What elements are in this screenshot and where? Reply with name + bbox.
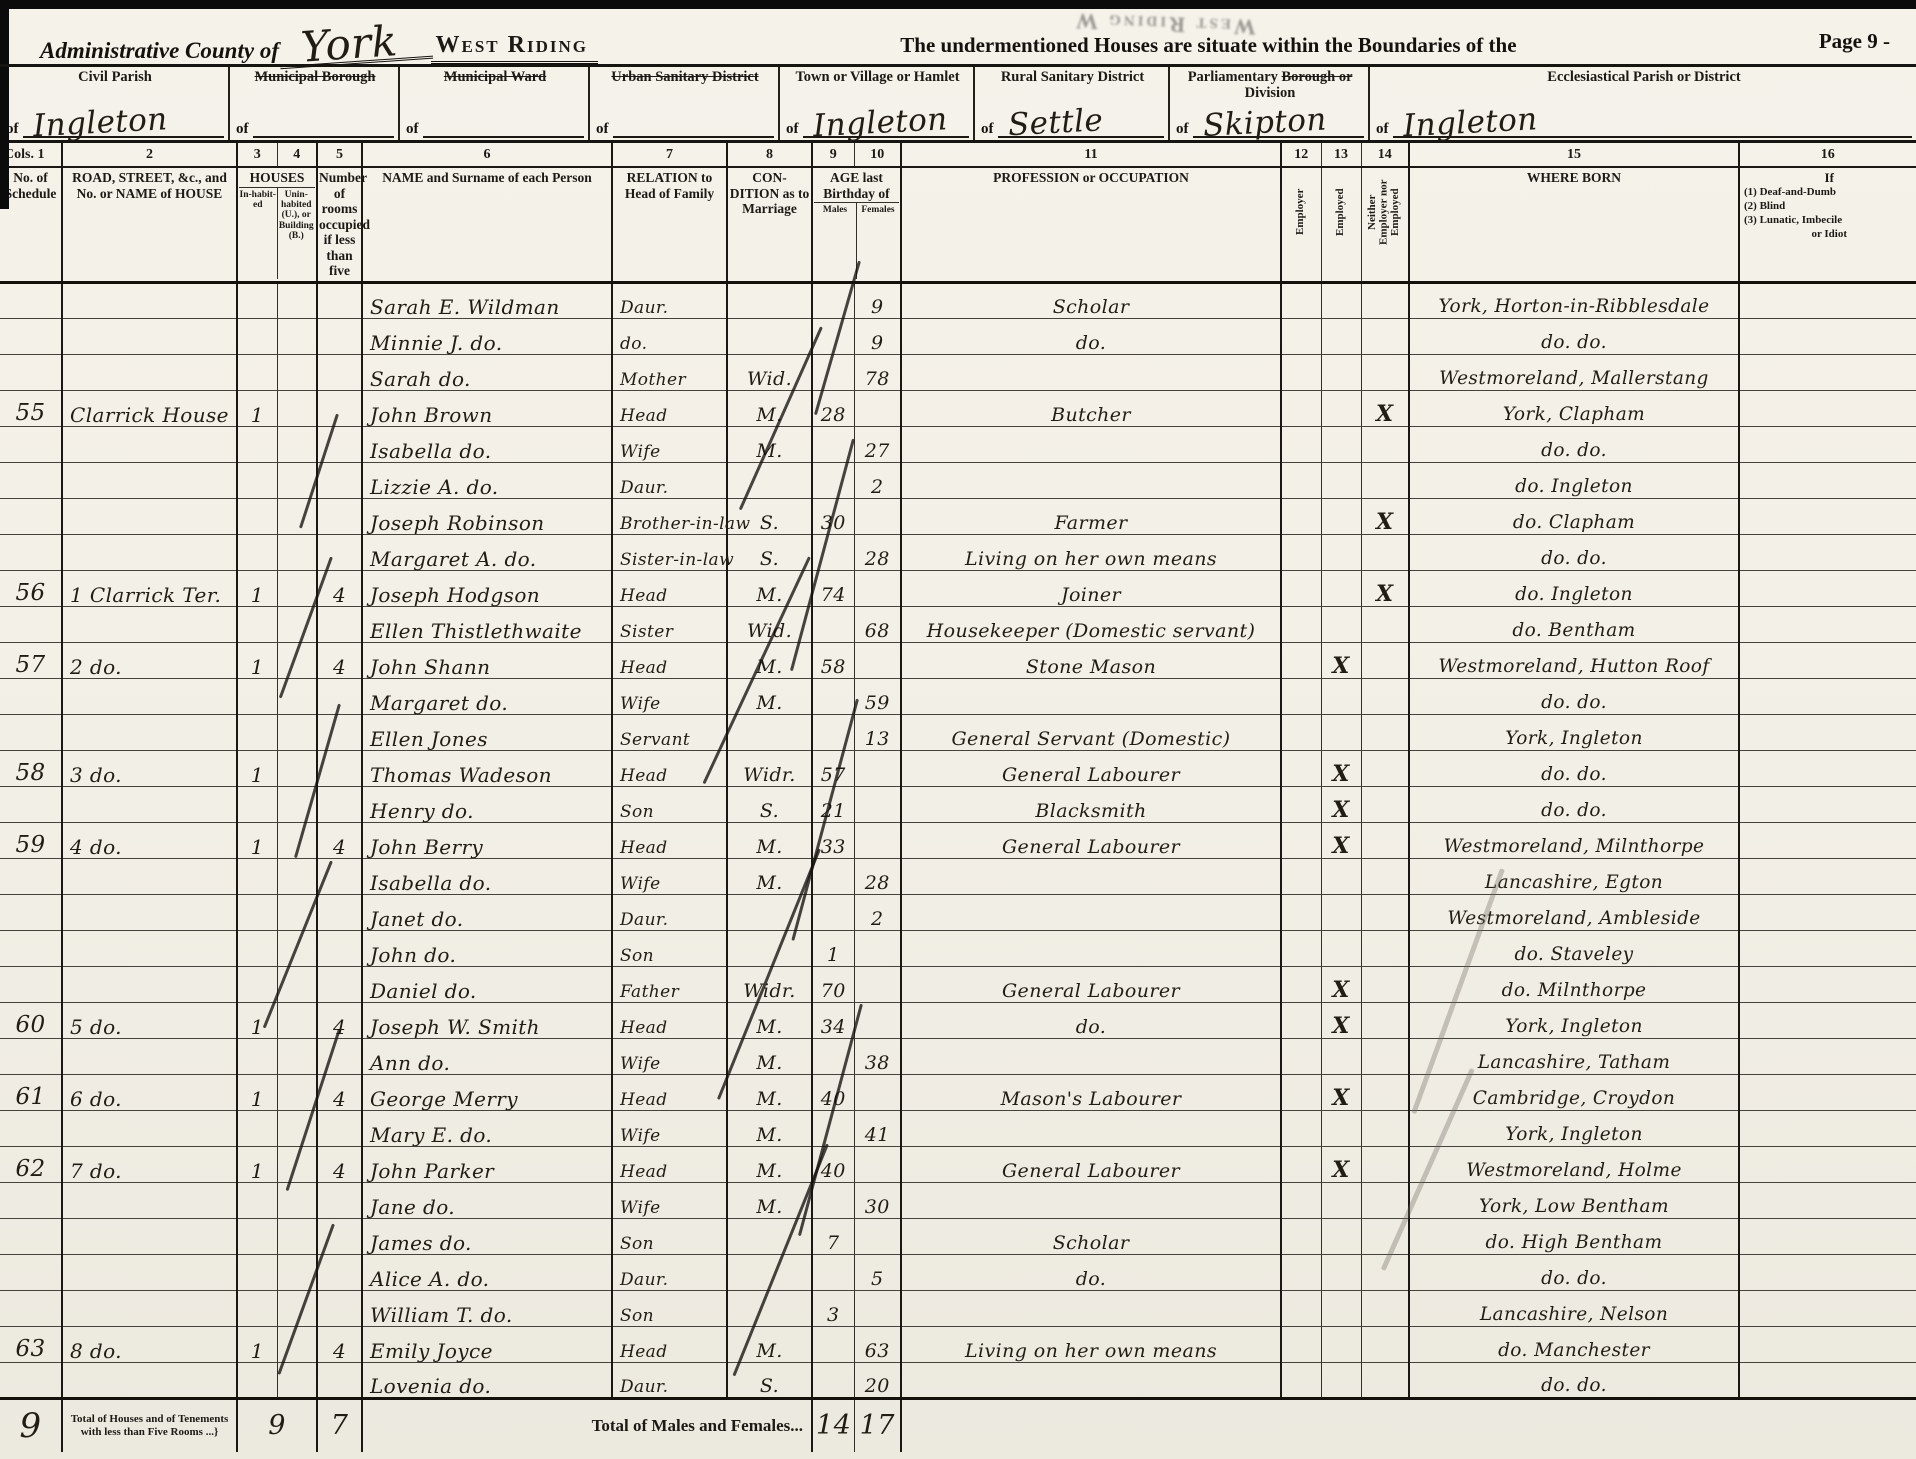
cell-uninhabited [277,534,317,570]
cell-rooms [317,534,362,570]
district-label: Town or Village or Hamlet [786,70,969,102]
cell-neither-mark [1361,858,1409,894]
cell-age-male [812,1326,854,1362]
cell-neither-mark [1361,750,1409,786]
of-rule: Ingleton [23,102,225,138]
header-uninhabited: Unin-habited (U.), or Building (B.) [278,188,316,279]
cell-inhabited [237,462,277,498]
cell-rooms: 4 [317,1074,362,1110]
of-rule [253,102,395,138]
cell-employer-mark [1281,858,1321,894]
cell-name: Henry do. [362,786,612,822]
cell-occupation: do. [901,318,1281,354]
cell-name: Ann do. [362,1038,612,1074]
cell-age-male [812,894,854,930]
cell-occupation: Butcher [901,390,1281,426]
cell-inhabited: 1 [237,1326,277,1362]
cell-name: Alice A. do. [362,1254,612,1290]
cell-uninhabited [277,570,317,606]
cell-relation: Head [612,1002,727,1038]
cell-age-female: 63 [854,1326,901,1362]
cell-uninhabited [277,1254,317,1290]
cell-where-born: York, Ingleton [1409,714,1739,750]
table-row: John do. Son 1 do. Staveley [0,930,1916,966]
cell-where-born: York, Low Bentham [1409,1182,1739,1218]
cell-uninhabited [277,1074,317,1110]
cell-rooms [317,390,362,426]
cell-occupation: General Labourer [901,822,1281,858]
cell-neither-mark: X [1361,498,1409,534]
cell-rooms: 4 [317,1146,362,1182]
cell-rooms [317,1362,362,1398]
table-row: Margaret A. do. Sister-in-law S. 28 Livi… [0,534,1916,570]
district-label: Rural Sanitary District [981,70,1164,102]
cell-uninhabited [277,750,317,786]
cell-inhabited: 1 [237,750,277,786]
cell-inhabited [237,1182,277,1218]
cell-infirmity [1739,318,1916,354]
cell-rooms [317,354,362,390]
cell-schedule [0,1362,62,1398]
cell-address [62,714,237,750]
cell-schedule: 55 [0,390,62,426]
col-num-10: 10 [854,143,901,167]
cell-age-female: 59 [854,678,901,714]
cell-employed-mark [1321,714,1361,750]
header-road: ROAD, STREET, &c., and No. or NAME of HO… [62,167,237,282]
cell-occupation [901,678,1281,714]
cell-infirmity [1739,822,1916,858]
table-row: 55 Clarrick House 1 John Brown Head M. 2… [0,390,1916,426]
table-row: Sarah E. Wildman Daur. 9 Scholar York, H… [0,282,1916,318]
cell-uninhabited [277,426,317,462]
cell-neither-mark [1361,354,1409,390]
cell-employed-mark [1321,570,1361,606]
cell-address [62,462,237,498]
cell-schedule [0,1218,62,1254]
cell-infirmity [1739,750,1916,786]
west-riding-stamp: West Riding [431,32,597,64]
cell-condition [727,282,812,318]
cell-uninhabited [277,822,317,858]
cell-employed-mark [1321,1218,1361,1254]
cell-name: Margaret A. do. [362,534,612,570]
cell-uninhabited [277,1290,317,1326]
cell-where-born: do. do. [1409,534,1739,570]
cell-uninhabited [277,390,317,426]
cell-name: George Merry [362,1074,612,1110]
census-rows: Sarah E. Wildman Daur. 9 Scholar York, H… [0,282,1916,1398]
cell-address [62,966,237,1002]
cell-relation: Head [612,1074,727,1110]
totals-empty [901,1398,1916,1452]
cell-condition: M. [727,642,812,678]
cell-condition: M. [727,1182,812,1218]
cell-employed-mark: X [1321,1002,1361,1038]
cell-rooms [317,426,362,462]
cell-uninhabited [277,786,317,822]
cell-relation: Head [612,822,727,858]
table-row: James do. Son 7 Scholar do. High Bentham [0,1218,1916,1254]
cell-neither-mark [1361,318,1409,354]
cell-name: Isabella do. [362,858,612,894]
cell-name: William T. do. [362,1290,612,1326]
cell-name: James do. [362,1218,612,1254]
cell-condition: S. [727,786,812,822]
cell-employed-mark [1321,894,1361,930]
cell-age-male [812,462,854,498]
total-males-females-label: Total of Males and Females... [362,1398,812,1452]
cell-infirmity [1739,1218,1916,1254]
cell-where-born: do. Ingleton [1409,570,1739,606]
cell-employer-mark [1281,1002,1321,1038]
cell-neither-mark [1361,822,1409,858]
cell-occupation [901,894,1281,930]
cell-neither-mark [1361,1110,1409,1146]
cell-relation: Daur. [612,462,727,498]
cell-schedule [0,1182,62,1218]
cell-age-female: 9 [854,318,901,354]
total-rooms-value: 7 [317,1398,362,1452]
cell-schedule: 62 [0,1146,62,1182]
cell-age-female: 20 [854,1362,901,1398]
district-label: Urban Sanitary District [596,70,774,102]
cell-rooms [317,1182,362,1218]
cell-occupation: do. [901,1254,1281,1290]
cell-occupation [901,1110,1281,1146]
cell-employed-mark [1321,606,1361,642]
cell-employer-mark [1281,894,1321,930]
cell-employed-mark: X [1321,1146,1361,1182]
cell-rooms [317,966,362,1002]
district-value: Ingleton [1392,106,1538,140]
cell-uninhabited [277,1362,317,1398]
cell-schedule [0,534,62,570]
cell-where-born: York, Ingleton [1409,1002,1739,1038]
cell-inhabited [237,354,277,390]
cell-inhabited [237,282,277,318]
cell-uninhabited [277,1182,317,1218]
cell-uninhabited [277,1146,317,1182]
cell-infirmity [1739,390,1916,426]
cell-rooms [317,1290,362,1326]
cell-condition: M. [727,678,812,714]
cell-employed-mark: X [1321,966,1361,1002]
header-houses: HOUSES In-habit-ed Unin-habited (U.), or… [237,167,317,282]
header-infirmity: If (1) Deaf-and-Dumb (2) Blind (3) Lunat… [1739,167,1916,282]
cell-relation: Wife [612,1182,727,1218]
cell-uninhabited [277,606,317,642]
table-row: Daniel do. Father Widr. 70 General Labou… [0,966,1916,1002]
cell-condition: M. [727,426,812,462]
cell-condition: M. [727,822,812,858]
cell-age-male: 21 [812,786,854,822]
cell-rooms [317,930,362,966]
cell-relation: Wife [612,426,727,462]
cell-inhabited [237,426,277,462]
cell-condition [727,318,812,354]
cell-employer-mark [1281,678,1321,714]
cell-infirmity [1739,1290,1916,1326]
cell-relation: Son [612,1218,727,1254]
cell-address [62,1362,237,1398]
county-header: Administrative County of York West Ridin… [0,9,1916,67]
table-row: Sarah do. Mother Wid. 78 Westmoreland, M… [0,354,1916,390]
total-houses-value: 9 [237,1398,317,1452]
cell-relation: Daur. [612,282,727,318]
cell-age-male: 3 [812,1290,854,1326]
cell-rooms [317,1254,362,1290]
cell-name: Emily Joyce [362,1326,612,1362]
cell-age-male [812,714,854,750]
cell-age-female [854,822,901,858]
table-row: Isabella do. Wife M. 28 Lancashire, Egto… [0,858,1916,894]
cell-uninhabited [277,1218,317,1254]
cell-schedule: 58 [0,750,62,786]
cell-employer-mark [1281,714,1321,750]
cell-schedule [0,858,62,894]
cell-age-male [812,426,854,462]
of-rule [423,102,585,138]
header-where-born: WHERE BORN [1409,167,1739,282]
cell-occupation [901,1290,1281,1326]
cell-neither-mark [1361,1326,1409,1362]
cell-neither-mark [1361,1290,1409,1326]
cell-relation: Sister-in-law [612,534,727,570]
cell-where-born: do. Clapham [1409,498,1739,534]
cell-employed-mark: X [1321,822,1361,858]
cell-infirmity [1739,1002,1916,1038]
cell-neither-mark [1361,678,1409,714]
cell-age-female [854,390,901,426]
cell-employed-mark [1321,930,1361,966]
total-females-value: 17 [854,1398,901,1452]
cell-schedule [0,606,62,642]
cell-relation: Daur. [612,894,727,930]
cell-employer-mark [1281,1182,1321,1218]
table-row: Ellen Jones Servant 13 General Servant (… [0,714,1916,750]
cell-employed-mark [1321,534,1361,570]
cell-inhabited: 1 [237,1002,277,1038]
cell-age-male: 70 [812,966,854,1002]
cell-infirmity [1739,1326,1916,1362]
cell-condition: Widr. [727,750,812,786]
cell-schedule: 57 [0,642,62,678]
table-row: Margaret do. Wife M. 59 do. do. [0,678,1916,714]
table-row: Isabella do. Wife M. 27 do. do. [0,426,1916,462]
cell-where-born: do. do. [1409,786,1739,822]
cell-address [62,1110,237,1146]
cell-condition: S. [727,534,812,570]
cell-infirmity [1739,1038,1916,1074]
cell-where-born: do. do. [1409,1362,1739,1398]
cell-neither-mark [1361,930,1409,966]
cell-inhabited [237,1038,277,1074]
cell-relation: Brother-in-law [612,498,727,534]
cell-schedule: 56 [0,570,62,606]
cell-employed-mark [1321,1038,1361,1074]
district-label: Municipal Ward [406,70,584,102]
table-row: William T. do. Son 3 Lancashire, Nelson [0,1290,1916,1326]
header-males: Males [814,203,857,279]
col-num-16: 16 [1739,143,1916,167]
cell-relation: Head [612,750,727,786]
cell-where-born: do. do. [1409,318,1739,354]
cell-address [62,1182,237,1218]
cell-rooms [317,1038,362,1074]
of-label: of [406,121,423,138]
cell-employer-mark [1281,966,1321,1002]
col-num-9: 9 [812,143,854,167]
cell-relation: Wife [612,1038,727,1074]
cell-infirmity [1739,498,1916,534]
cell-name: Janet do. [362,894,612,930]
cell-age-male [812,1254,854,1290]
cell-relation: Sister [612,606,727,642]
cell-uninhabited [277,498,317,534]
cell-name: Ellen Jones [362,714,612,750]
cell-age-male: 28 [812,390,854,426]
cell-neither-mark [1361,606,1409,642]
cell-age-female [854,1146,901,1182]
cell-uninhabited [277,930,317,966]
cell-condition [727,1218,812,1254]
cell-age-female: 68 [854,606,901,642]
cell-where-born: do. Staveley [1409,930,1739,966]
cell-rooms: 4 [317,822,362,858]
cell-relation: Daur. [612,1254,727,1290]
cell-employer-mark [1281,930,1321,966]
cell-where-born: Westmoreland, Hutton Roof [1409,642,1739,678]
cell-age-male [812,318,854,354]
cell-name: Lovenia do. [362,1362,612,1398]
cell-inhabited: 1 [237,570,277,606]
cell-infirmity [1739,1110,1916,1146]
cell-age-female [854,498,901,534]
cell-name: Sarah do. [362,354,612,390]
cell-relation: Daur. [612,1362,727,1398]
cell-employer-mark [1281,606,1321,642]
cell-age-female [854,1002,901,1038]
cell-relation: Head [612,642,727,678]
cell-occupation: Stone Mason [901,642,1281,678]
total-schedules: 9 [0,1398,62,1452]
cell-occupation [901,354,1281,390]
district-box: Parliamentary Borough or Division of Ski… [1170,67,1370,140]
cell-employer-mark [1281,750,1321,786]
cell-neither-mark: X [1361,570,1409,606]
cell-infirmity [1739,894,1916,930]
cell-neither-mark [1361,1362,1409,1398]
cell-uninhabited [277,858,317,894]
cell-rooms: 4 [317,1326,362,1362]
cell-age-female [854,1218,901,1254]
cell-where-born: do. Ingleton [1409,462,1739,498]
table-row: Mary E. do. Wife M. 41 York, Ingleton [0,1110,1916,1146]
cell-infirmity [1739,1182,1916,1218]
cell-age-female [854,570,901,606]
cell-name: John Parker [362,1146,612,1182]
cell-neither-mark [1361,642,1409,678]
cell-schedule [0,678,62,714]
cell-employer-mark [1281,1254,1321,1290]
table-row: 56 1 Clarrick Ter. 1 4 Joseph Hodgson He… [0,570,1916,606]
cell-age-male: 7 [812,1218,854,1254]
cell-age-female: 5 [854,1254,901,1290]
cell-neither-mark [1361,786,1409,822]
cell-employer-mark [1281,1326,1321,1362]
header-females: Females [857,203,899,279]
cell-employed-mark [1321,1362,1361,1398]
table-row: Minnie J. do. do. 9 do. do. do. [0,318,1916,354]
cell-uninhabited [277,642,317,678]
cell-rooms [317,858,362,894]
cell-relation: Father [612,966,727,1002]
header-employer: Employer [1281,167,1321,282]
cell-age-male [812,1362,854,1398]
cell-occupation: Blacksmith [901,786,1281,822]
of-label: of [981,121,998,138]
cell-where-born: York, Ingleton [1409,1110,1739,1146]
cell-occupation: do. [901,1002,1281,1038]
district-value [253,136,263,137]
cell-schedule [0,714,62,750]
column-label-row: No. of Schedule ROAD, STREET, &c., and N… [0,167,1916,282]
cell-schedule [0,1254,62,1290]
cell-employed-mark [1321,390,1361,426]
cell-infirmity [1739,930,1916,966]
cell-address [62,1290,237,1326]
cell-uninhabited [277,462,317,498]
cell-age-male: 74 [812,570,854,606]
cell-employer-mark [1281,1074,1321,1110]
header-schedule: No. of Schedule [0,167,62,282]
cell-address [62,894,237,930]
cell-employed-mark [1321,498,1361,534]
of-label: of [1176,121,1193,138]
cell-condition: Widr. [727,966,812,1002]
cell-neither-mark [1361,1074,1409,1110]
cell-schedule [0,930,62,966]
district-value [423,136,433,137]
cell-age-female [854,1074,901,1110]
col-num-1: Cols. 1 [0,143,62,167]
cell-schedule [0,1110,62,1146]
cell-employer-mark [1281,390,1321,426]
cell-employed-mark: X [1321,750,1361,786]
cell-inhabited [237,318,277,354]
cell-age-male: 30 [812,498,854,534]
of-rule: Ingleton [803,102,970,138]
cell-condition: M. [727,858,812,894]
cell-inhabited [237,678,277,714]
cell-rooms [317,714,362,750]
cell-where-born: Westmoreland, Milnthorpe [1409,822,1739,858]
cell-age-female [854,750,901,786]
cell-age-female: 2 [854,894,901,930]
cell-age-male [812,1182,854,1218]
cell-schedule: 59 [0,822,62,858]
cell-inhabited [237,1218,277,1254]
cell-address [62,930,237,966]
col-num-7: 7 [612,143,727,167]
table-row: Janet do. Daur. 2 Westmoreland, Amblesid… [0,894,1916,930]
cell-where-born: York, Clapham [1409,390,1739,426]
table-row: Joseph Robinson Brother-in-law S. 30 Far… [0,498,1916,534]
cell-employer-mark [1281,1362,1321,1398]
cell-schedule [0,786,62,822]
cell-occupation [901,930,1281,966]
